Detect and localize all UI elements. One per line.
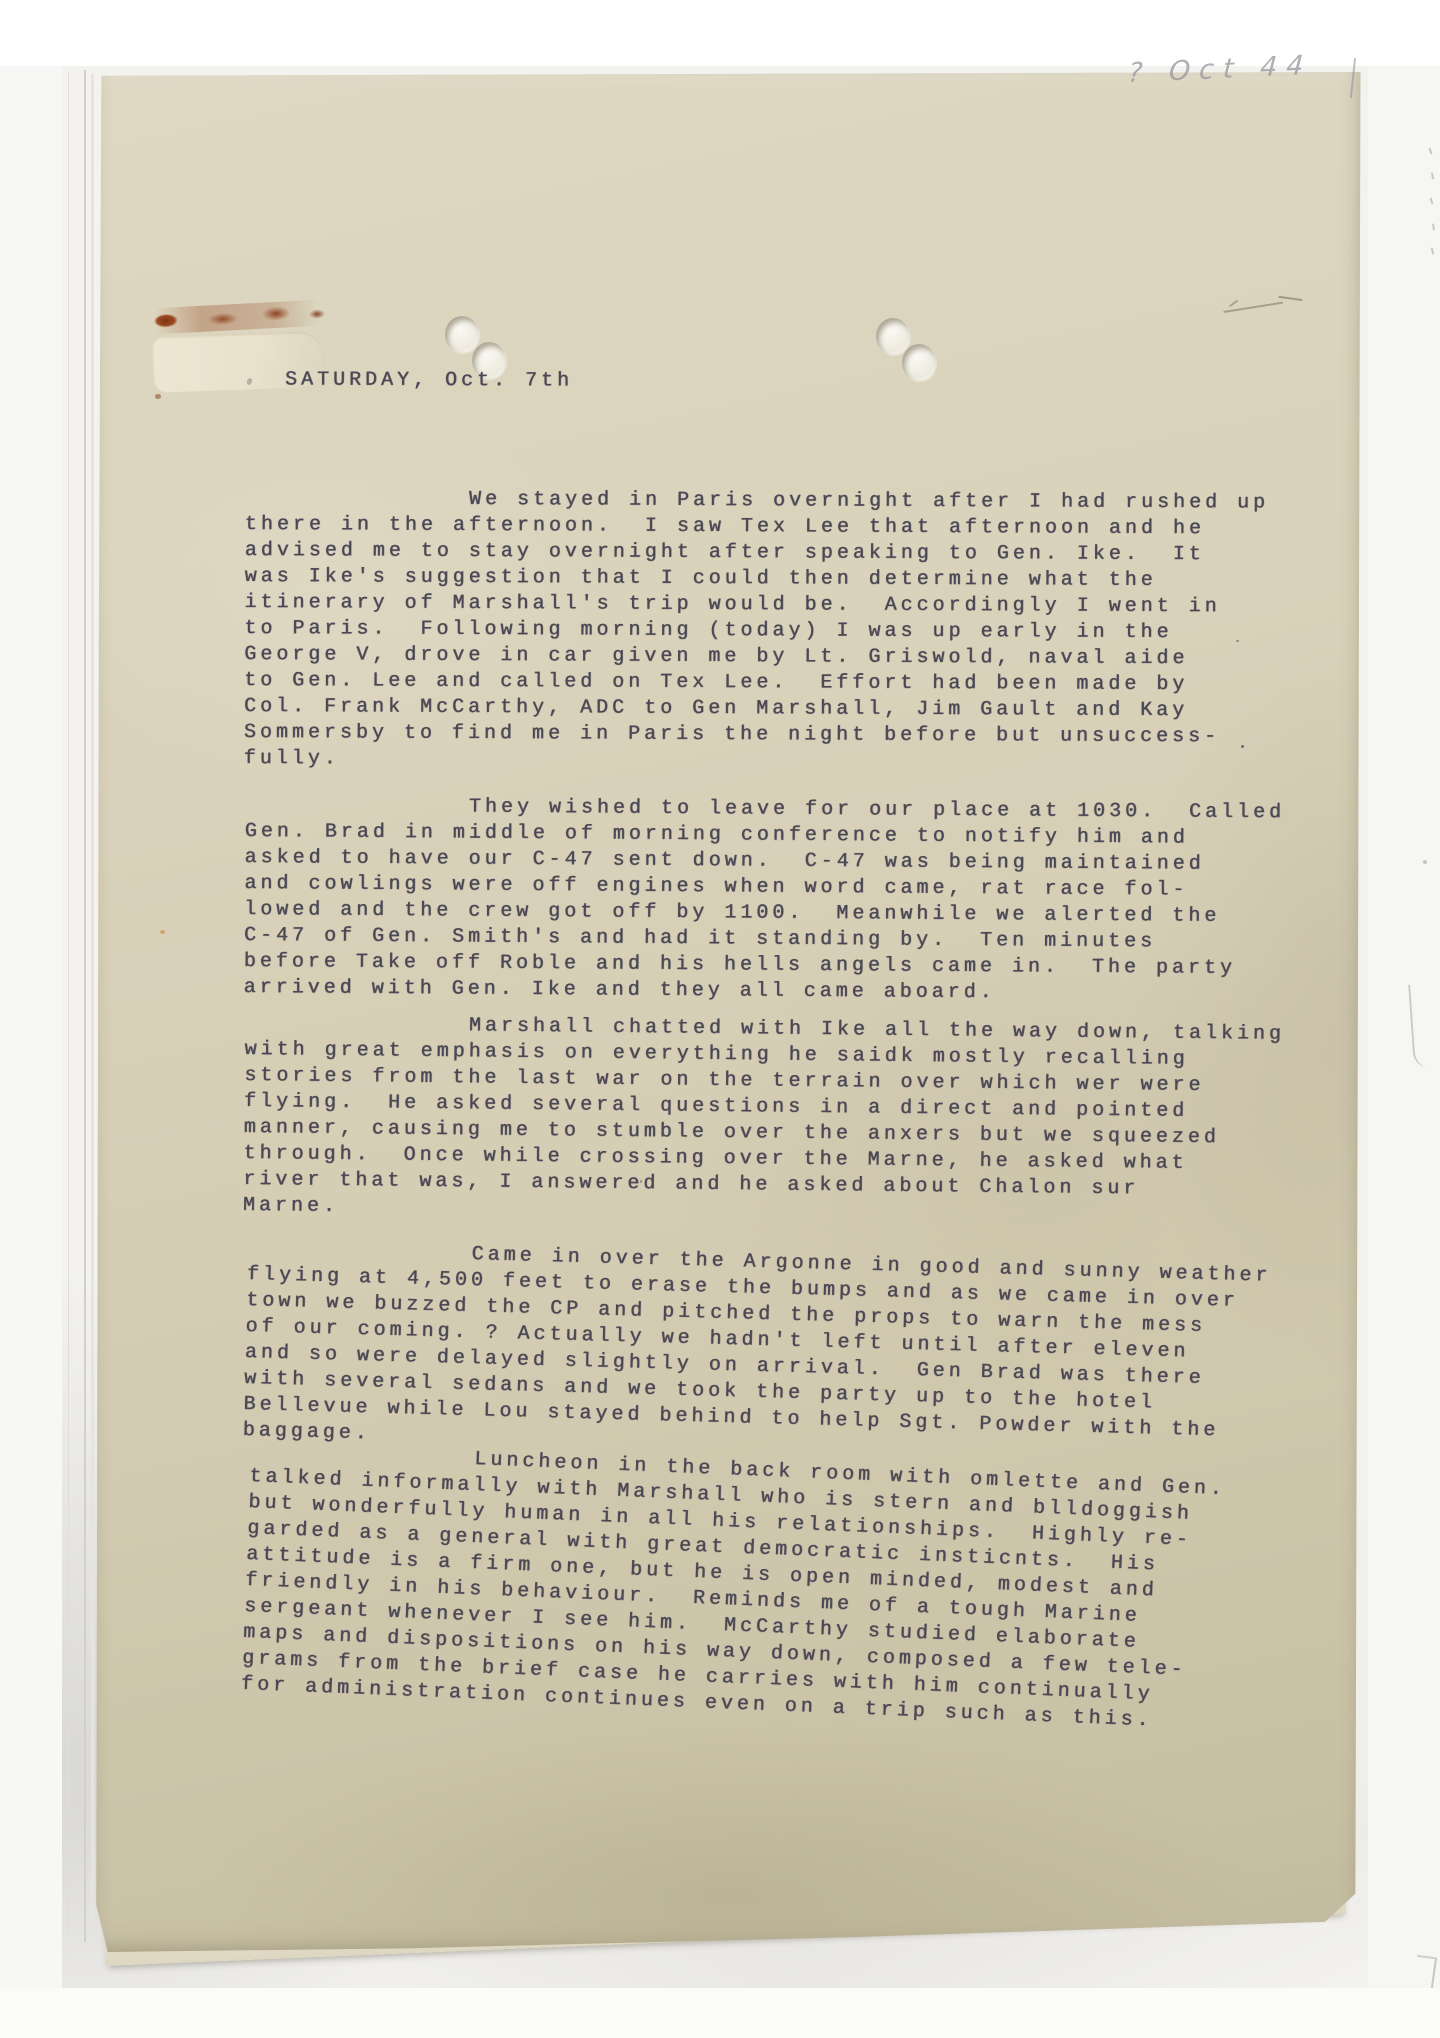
paragraph: They wished to leave for our place at 10… xyxy=(244,793,1286,1008)
edge-mark xyxy=(1423,860,1427,864)
paragraph: Came in over the Argonne in good and sun… xyxy=(242,1236,1271,1472)
scan-right-margin xyxy=(1368,66,1440,1990)
ink-speck xyxy=(1241,745,1244,748)
page-edge-line xyxy=(91,74,94,1944)
stain-speck xyxy=(160,930,165,934)
page-edge-line xyxy=(84,70,86,1942)
document-body: We stayed in Paris overnight after I had… xyxy=(95,72,1363,1952)
scan-bottom-margin xyxy=(0,1988,1440,2038)
ink-speck xyxy=(640,1180,642,1183)
scanned-page: SATURDAY, Oct. 7th We stayed in Paris ov… xyxy=(95,72,1363,1952)
paragraph: Luncheon in the back room with omlette a… xyxy=(241,1438,1227,1737)
ink-speck xyxy=(1236,640,1239,642)
scan-left-margin xyxy=(0,66,62,1990)
paragraph: We stayed in Paris overnight after I had… xyxy=(244,486,1269,776)
paragraph: Marshall chatted with Ike all the way do… xyxy=(243,1011,1285,1230)
scanned-document-photo: SATURDAY, Oct. 7th We stayed in Paris ov… xyxy=(0,0,1440,2038)
page-edge-line xyxy=(68,72,69,1934)
